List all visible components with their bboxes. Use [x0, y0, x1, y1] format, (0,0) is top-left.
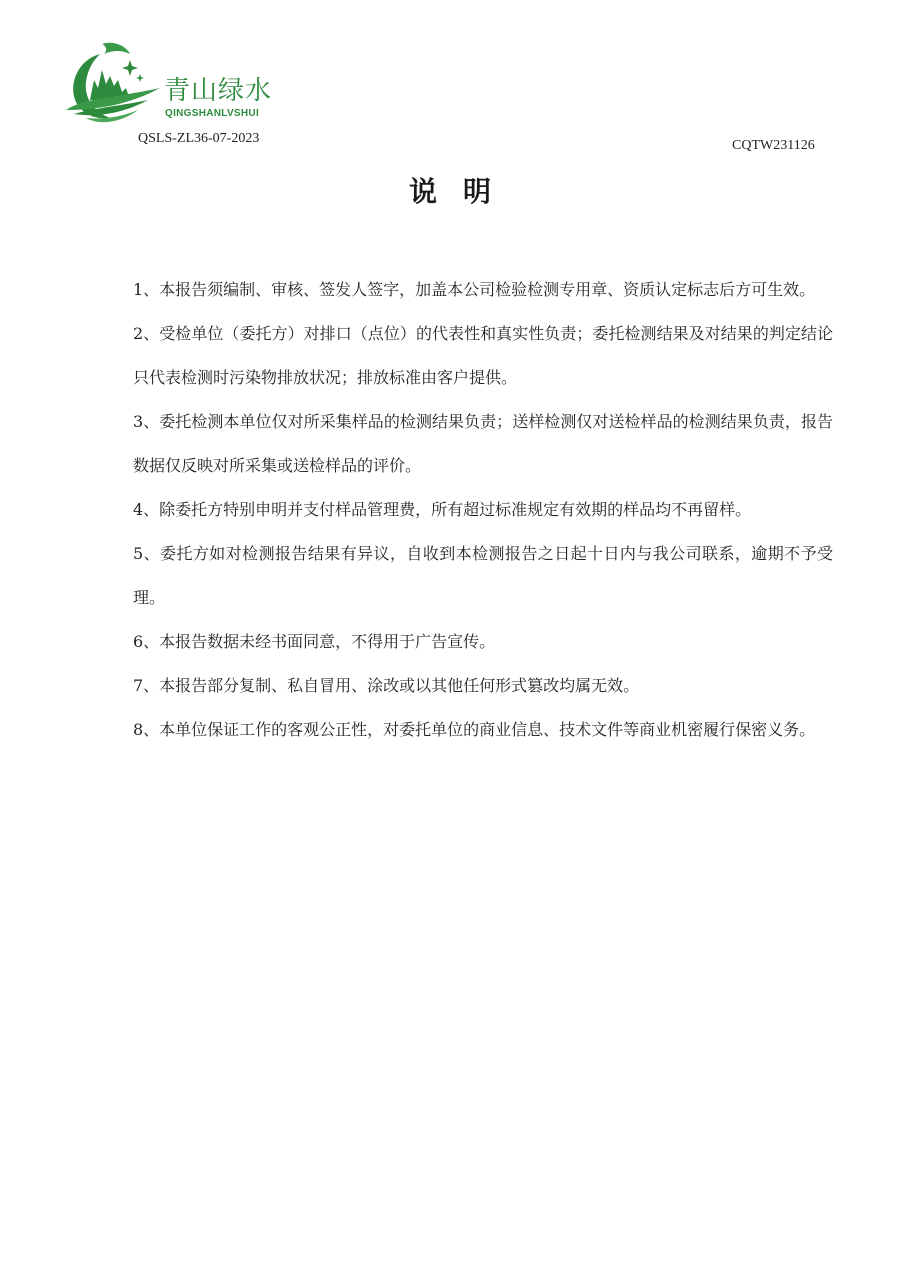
page-title: 说明 — [0, 170, 900, 210]
statement-item-6: 6、本报告数据未经书面同意，不得用于广告宣传。 — [133, 620, 833, 664]
statement-item-7: 7、本报告部分复制、私自冒用、涂改或以其他任何形式篡改均属无效。 — [133, 664, 833, 708]
statement-item-1: 1、本报告须编制、审核、签发人签字，加盖本公司检验检测专用章、资质认定标志后方可… — [133, 268, 833, 312]
statement-item-2: 2、受检单位（委托方）对排口（点位）的代表性和真实性负责；委托检测结果及对结果的… — [133, 312, 833, 400]
report-number: CQTW231126 — [732, 138, 815, 154]
statement-item-5: 5、委托方如对检测报告结果有异议，自收到本检测报告之日起十日内与我公司联系，逾期… — [133, 532, 833, 620]
mountain-leaf-logo-icon — [64, 40, 164, 126]
statement-item-3: 3、委托检测本单位仅对所采集样品的检测结果负责；送样检测仅对送检样品的检测结果负… — [133, 400, 833, 488]
statement-item-4: 4、除委托方特别申明并支付样品管理费，所有超过标准规定有效期的样品均不再留样。 — [133, 488, 833, 532]
statement-item-8: 8、本单位保证工作的客观公正性，对委托单位的商业信息、技术文件等商业机密履行保密… — [133, 708, 833, 752]
company-logo: 青山绿水 QINGSHANLVSHUI — [64, 40, 274, 126]
form-code: QSLS-ZL36-07-2023 — [138, 131, 259, 147]
logo-name-cn: 青山绿水 — [164, 76, 272, 106]
logo-name-en: QINGSHANLVSHUI — [165, 108, 259, 119]
statement-list: 1、本报告须编制、审核、签发人签字，加盖本公司检验检测专用章、资质认定标志后方可… — [133, 268, 833, 752]
